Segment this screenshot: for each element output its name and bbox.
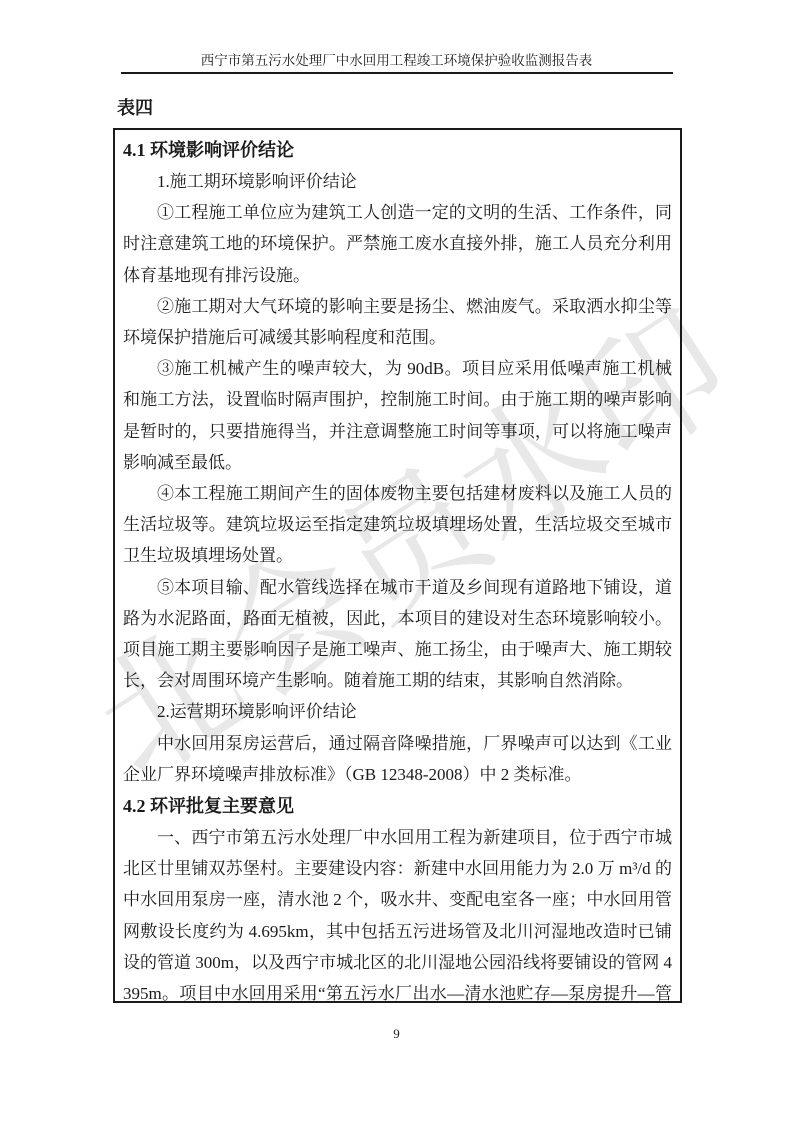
paragraph-construction-1: ①工程施工单位应为建筑工人创造一定的文明的生活、工作条件，同时注意建筑工地的环境… [123, 197, 672, 291]
report-table-cell: 4.1 环境影响评价结论 1.施工期环境影响评价结论 ①工程施工单位应为建筑工人… [113, 128, 682, 1003]
section-4-2: 4.2 环评批复主要意见 一、西宁市第五污水处理厂中水回用工程为新建项目，位于西… [123, 790, 672, 1003]
document-page: 北会员水印 西宁市第五污水处理厂中水回用工程竣工环境保护验收监测报告表 表四 4… [0, 0, 793, 1122]
paragraph-approval-opinion-1: 一、西宁市第五污水处理厂中水回用工程为新建项目，位于西宁市城北区廿里铺双苏堡村。… [123, 822, 672, 1003]
paragraph-construction-3: ③施工机械产生的噪声较大，为 90dB。项目应采用低噪声施工机械和施工方法，设置… [123, 353, 672, 478]
section-4-1: 4.1 环境影响评价结论 1.施工期环境影响评价结论 ①工程施工单位应为建筑工人… [123, 134, 672, 790]
report-header-title: 西宁市第五污水处理厂中水回用工程竣工环境保护验收监测报告表 [0, 52, 793, 70]
header-divider-line [121, 72, 673, 74]
paragraph-construction-5: ⑤本项目输、配水管线选择在城市干道及乡间现有道路地下铺设，道路为水泥路面，路面无… [123, 572, 672, 697]
page-number: 9 [0, 1026, 793, 1042]
paragraph-construction-4: ④本工程施工期间产生的固体废物主要包括建材废料以及施工人员的生活垃圾等。建筑垃圾… [123, 478, 672, 572]
table-number-label: 表四 [117, 94, 153, 120]
section-4-1-subheading-operation: 2.运营期环境影响评价结论 [123, 696, 672, 727]
section-4-1-heading: 4.1 环境影响评价结论 [123, 134, 672, 166]
paragraph-operation-1: 中水回用泵房运营后，通过隔音降噪措施，厂界噪声可以达到《工业企业厂界环境噪声排放… [123, 728, 672, 790]
paragraph-construction-2: ②施工期对大气环境的影响主要是扬尘、燃油废气。采取洒水抑尘等环境保护措施后可减缓… [123, 291, 672, 353]
section-4-2-heading: 4.2 环评批复主要意见 [123, 790, 672, 822]
section-4-1-subheading-construction: 1.施工期环境影响评价结论 [123, 166, 672, 197]
